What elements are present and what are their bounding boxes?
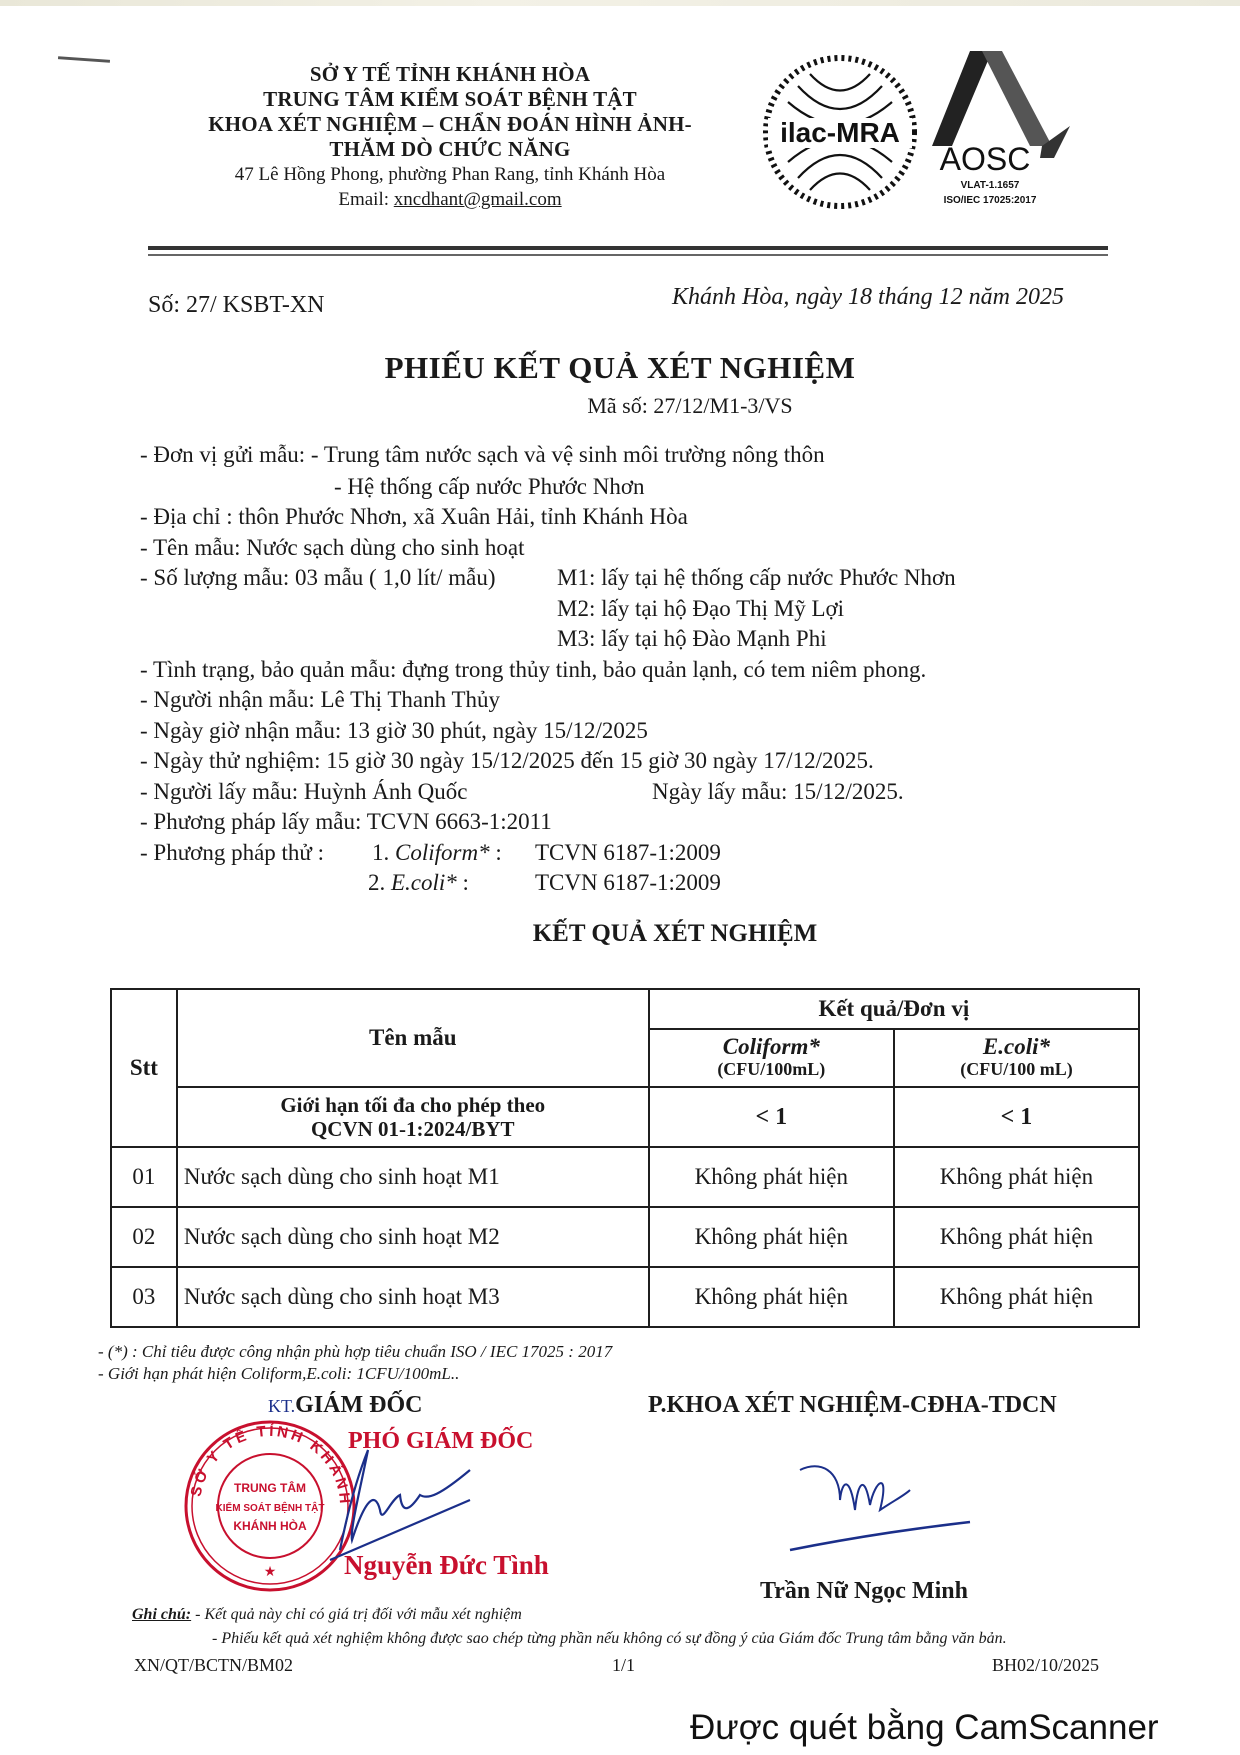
info-received-time: - Ngày giờ nhận mẫu: 13 giờ 30 phút, ngà… <box>140 716 648 745</box>
footnote-accreditation: - (*) : Chỉ tiêu được công nhận phù hợp … <box>98 1342 612 1362</box>
director-name: Nguyễn Đức Tình <box>344 1550 549 1581</box>
org-line-4: THĂM DÒ CHỨC NĂNG <box>190 137 710 162</box>
svg-text:AOSC: AOSC <box>940 141 1031 177</box>
col-result-group: Kết quả/Đơn vị <box>649 989 1139 1029</box>
department-head-name: Trần Nữ Ngọc Minh <box>760 1578 968 1605</box>
ilac-mra-logo-icon: ilac-MRA <box>760 52 920 212</box>
info-sample-name: - Tên mẫu: Nước sạch dùng cho sinh hoạt <box>140 533 524 562</box>
svg-text:VLAT-1.1657: VLAT-1.1657 <box>961 180 1020 191</box>
header-divider-thin <box>148 254 1108 256</box>
email-label: Email: <box>338 189 389 210</box>
form-code: XN/QT/BCTN/BM02 <box>134 1655 293 1676</box>
header-divider <box>148 246 1108 250</box>
sender-label: - Đơn vị gửi mẫu: <box>140 442 311 467</box>
col-sample-name: Tên mẫu <box>177 989 649 1087</box>
place-date: Khánh Hòa, ngày 18 tháng 12 năm 2025 <box>672 284 1064 311</box>
info-quantity: - Số lượng mẫu: 03 mẫu ( 1,0 lít/ mẫu) <box>140 563 496 592</box>
info-test-time: - Ngày thử nghiệm: 15 giờ 30 ngày 15/12/… <box>140 746 874 775</box>
scan-edge <box>0 0 1240 6</box>
test-method-1-std: TCVN 6187-1:2009 <box>535 838 721 867</box>
info-m1: M1: lấy tại hệ thống cấp nước Phước Nhơn <box>557 563 956 592</box>
results-title: KẾT QUẢ XÉT NGHIỆM <box>0 920 1240 948</box>
org-email-line: Email: xncdhant@gmail.com <box>190 188 710 212</box>
org-line-1: SỞ Y TẾ TỈNH KHÁNH HÒA <box>190 62 710 87</box>
department-head-signature-icon <box>780 1450 980 1570</box>
camscanner-watermark: Được quét bằng CamScanner <box>690 1708 1159 1748</box>
info-sampler: - Người lấy mẫu: Huỳnh Ánh Quốc <box>140 777 467 806</box>
document-title: PHIẾU KẾT QUẢ XÉT NGHIỆM <box>0 350 1240 386</box>
document-code: Mã số: 27/12/M1-3/VS <box>0 393 1240 419</box>
svg-text:★: ★ <box>264 1565 277 1580</box>
info-condition: - Tình trạng, bảo quản mẫu: đựng trong t… <box>140 655 926 684</box>
col-ecoli: E.coli* (CFU/100 mL) <box>894 1029 1139 1087</box>
page-number: 1/1 <box>612 1655 635 1676</box>
info-test-method-label: - Phương pháp thử : <box>140 838 324 867</box>
sender-1: - Trung tâm nước sạch và vệ sinh môi trư… <box>311 442 825 467</box>
svg-text:ilac-MRA: ilac-MRA <box>780 117 900 148</box>
info-sender: - Đơn vị gửi mẫu: - Trung tâm nước sạch … <box>140 440 825 469</box>
document-number: Số: 27/ KSBT-XN <box>148 292 324 319</box>
org-line-2: TRUNG TÂM KIỂM SOÁT BỆNH TẬT <box>190 87 710 112</box>
info-sample-date: Ngày lấy mẫu: 15/12/2025. <box>652 777 904 806</box>
info-sender-2: - Hệ thống cấp nước Phước Nhơn <box>334 472 645 501</box>
limit-label: Giới hạn tối đa cho phép theo QCVN 01-1:… <box>177 1087 649 1147</box>
letterhead: SỞ Y TẾ TỈNH KHÁNH HÒA TRUNG TÂM KIỂM SO… <box>190 62 710 212</box>
table-row: 03 Nước sạch dùng cho sinh hoạt M3 Không… <box>111 1267 1139 1327</box>
org-line-3: KHOA XÉT NGHIỆM – CHẨN ĐOÁN HÌNH ẢNH- <box>190 112 710 137</box>
svg-text:ISO/IEC 17025:2017: ISO/IEC 17025:2017 <box>944 195 1037 206</box>
aosc-logo-icon: AOSC VLAT-1.1657 ISO/IEC 17025:2017 <box>930 46 1080 206</box>
info-m2: M2: lấy tại hộ Đạo Thị Mỹ Lợi <box>557 594 844 623</box>
results-table: Stt Tên mẫu Kết quả/Đơn vị Coliform* (CF… <box>110 988 1140 1328</box>
limit-coliform: < 1 <box>649 1087 894 1147</box>
limit-ecoli: < 1 <box>894 1087 1139 1147</box>
col-stt: Stt <box>111 989 177 1147</box>
info-address: - Địa chỉ : thôn Phước Nhơn, xã Xuân Hải… <box>140 502 688 531</box>
col-coliform: Coliform* (CFU/100mL) <box>649 1029 894 1087</box>
department-title: P.KHOA XÉT NGHIỆM-CĐHA-TDCN <box>648 1392 1057 1419</box>
notes: Ghi chú: - Kết quả này chỉ có giá trị đố… <box>132 1603 1007 1651</box>
pen-mark <box>58 56 110 63</box>
svg-text:TRUNG TÂM: TRUNG TÂM <box>234 1480 306 1495</box>
info-sampling-method: - Phương pháp lấy mẫu: TCVN 6663-1:2011 <box>140 807 552 836</box>
version-code: BH02/10/2025 <box>992 1655 1099 1676</box>
test-method-1: 1. Coliform* : <box>372 838 502 867</box>
test-method-2-std: TCVN 6187-1:2009 <box>535 868 721 897</box>
info-receiver: - Người nhận mẫu: Lê Thị Thanh Thủy <box>140 685 500 714</box>
svg-text:KHÁNH HÒA: KHÁNH HÒA <box>233 1518 307 1533</box>
info-m3: M3: lấy tại hộ Đào Mạnh Phi <box>557 624 827 653</box>
org-address: 47 Lê Hồng Phong, phường Phan Rang, tỉnh… <box>190 162 710 188</box>
table-row: 01 Nước sạch dùng cho sinh hoạt M1 Không… <box>111 1147 1139 1207</box>
table-row: 02 Nước sạch dùng cho sinh hoạt M2 Không… <box>111 1207 1139 1267</box>
svg-text:KIỂM SOÁT BỆNH TẬT: KIỂM SOÁT BỆNH TẬT <box>216 1501 325 1514</box>
test-method-2: 2. E.coli* : <box>368 868 469 897</box>
director-title: KT.GIÁM ĐỐC <box>268 1392 423 1419</box>
email-link[interactable]: xncdhant@gmail.com <box>394 189 562 210</box>
footnote-detection-limit: - Giới hạn phát hiện Coliform,E.coli: 1C… <box>98 1364 459 1384</box>
